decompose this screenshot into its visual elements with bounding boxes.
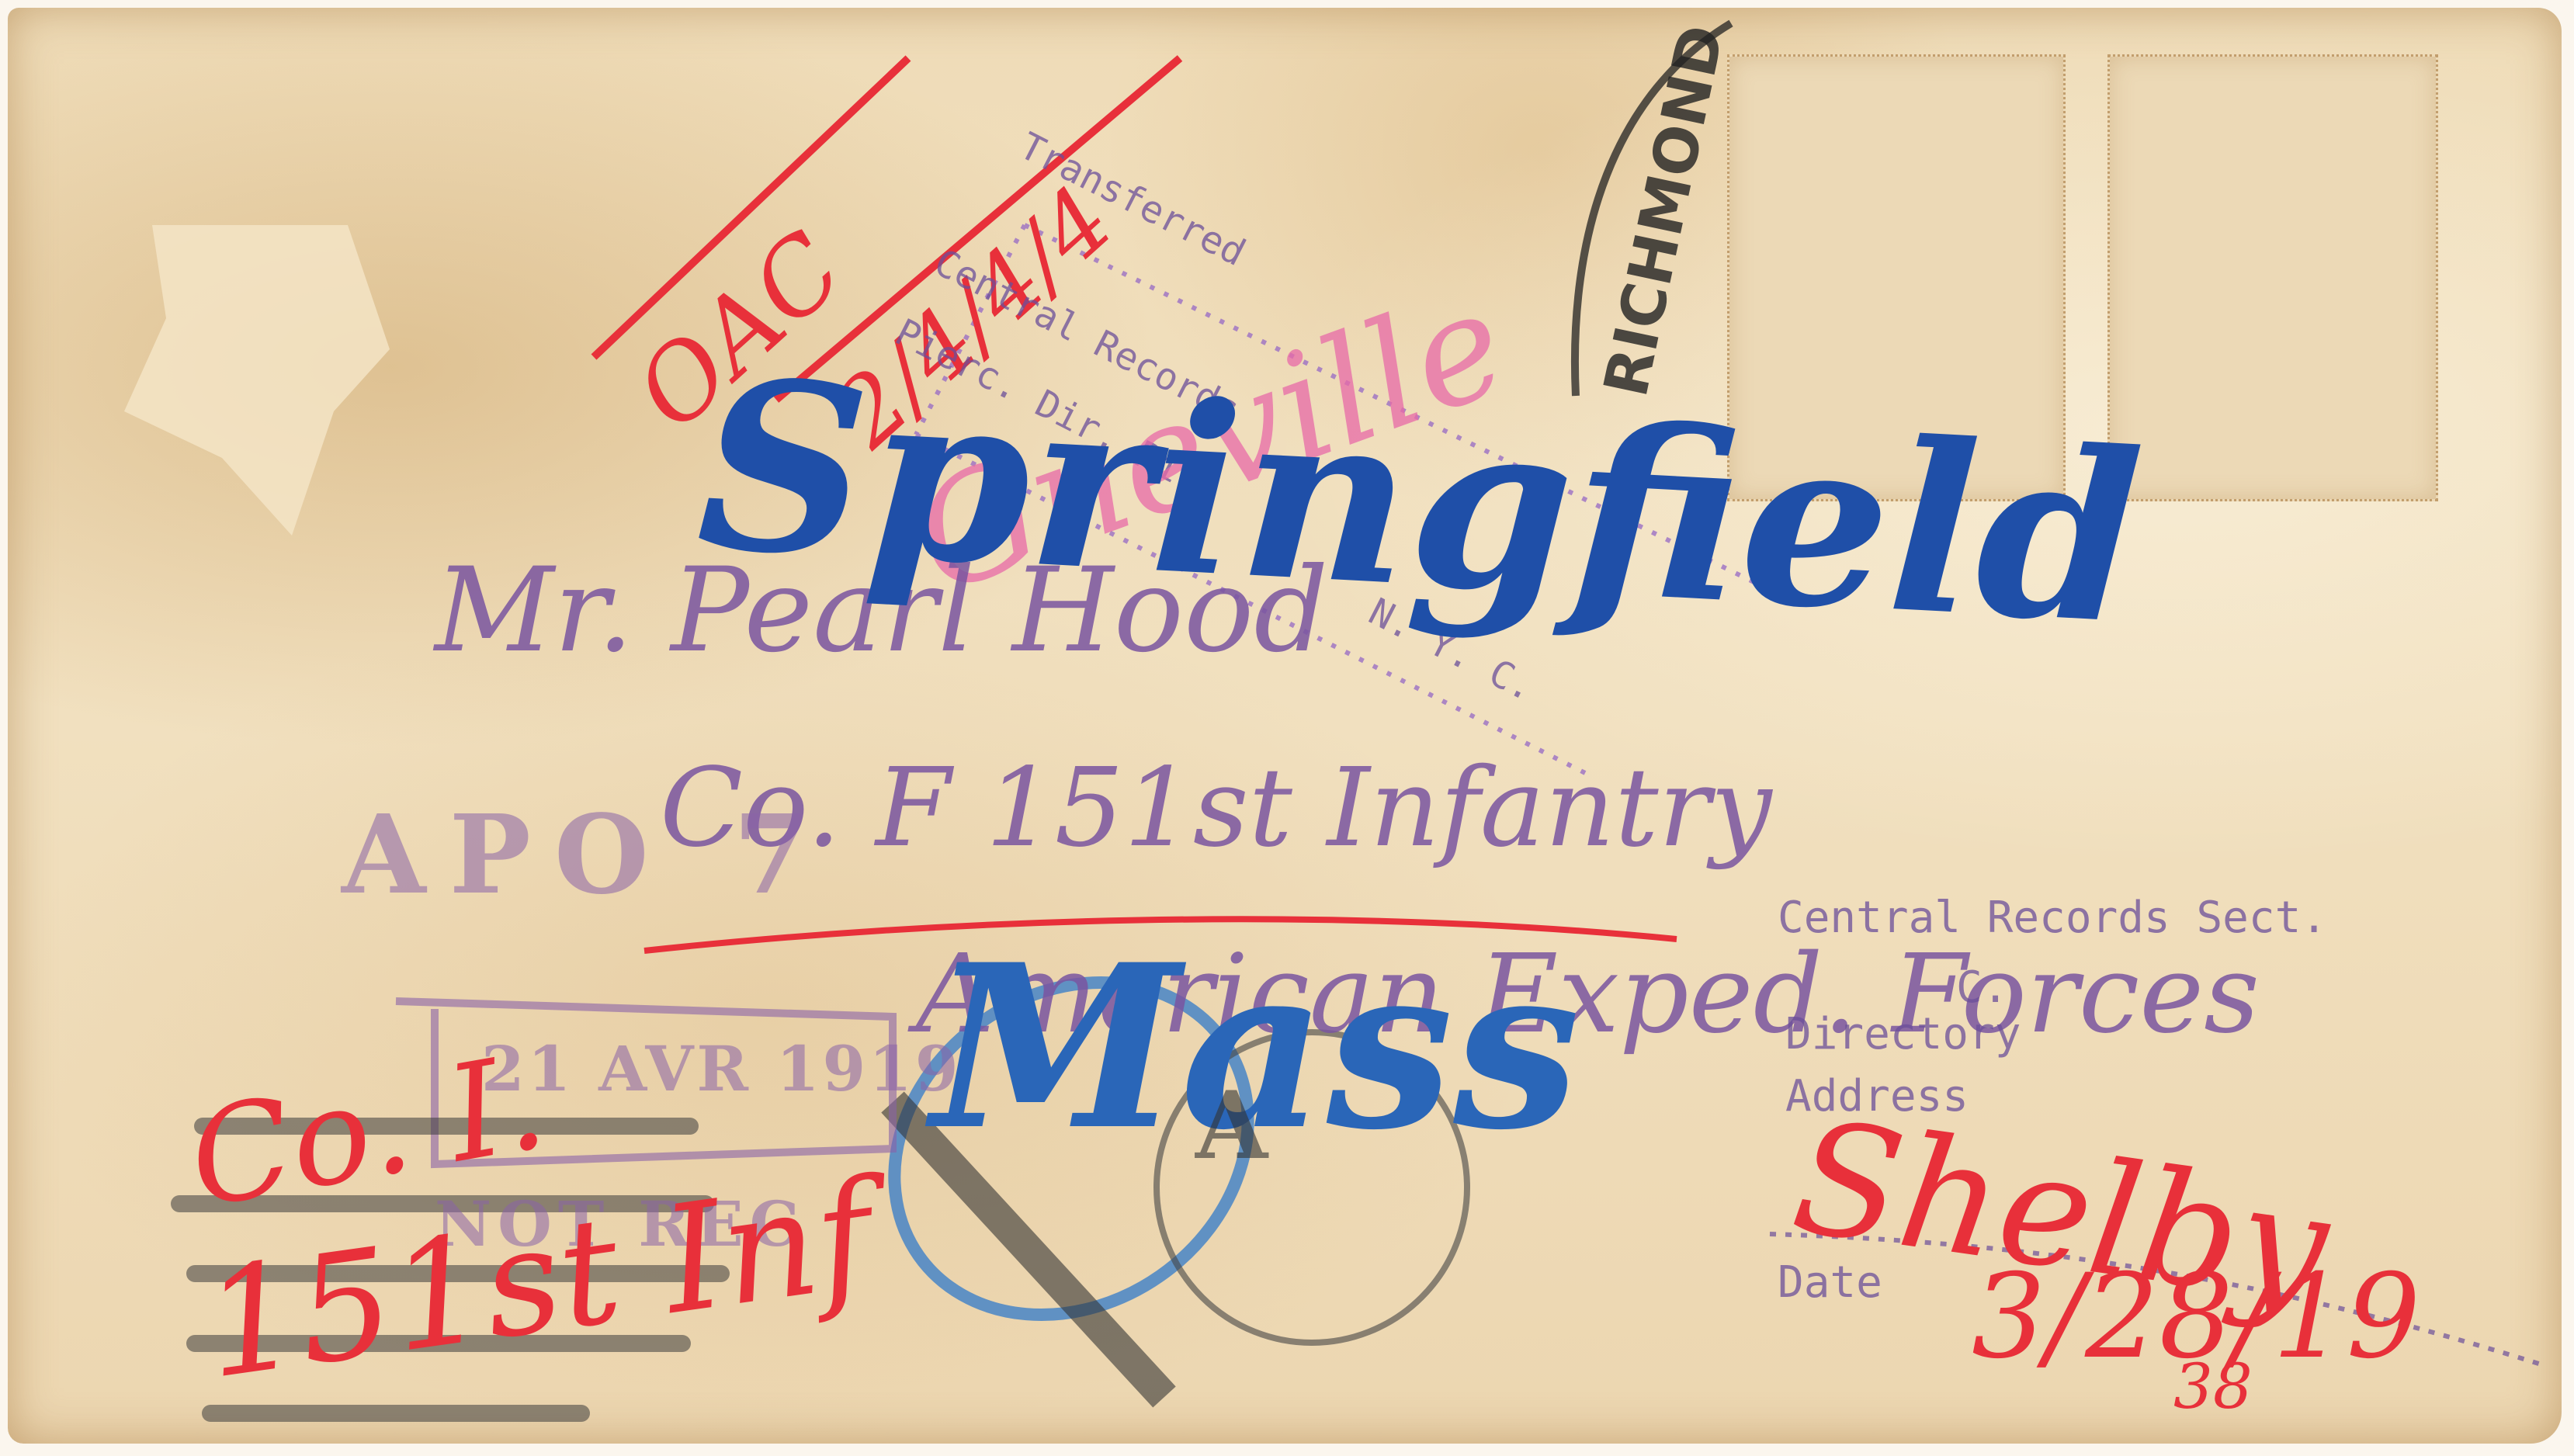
date-stamp-date: 21 AVR 1919 [481, 1032, 962, 1105]
typed-central-records-sect: Central Records Sect. [1778, 893, 2327, 943]
red-date-below: 38 [2173, 1350, 2253, 1423]
typed-c: C. [1956, 962, 2008, 1013]
wavy-cancel-5 [202, 1405, 590, 1422]
apo-stamp: APO 7 [342, 792, 832, 919]
camp-postmark-letter: A [1195, 1071, 1268, 1180]
typed-directory: Directory [1785, 1009, 2021, 1059]
